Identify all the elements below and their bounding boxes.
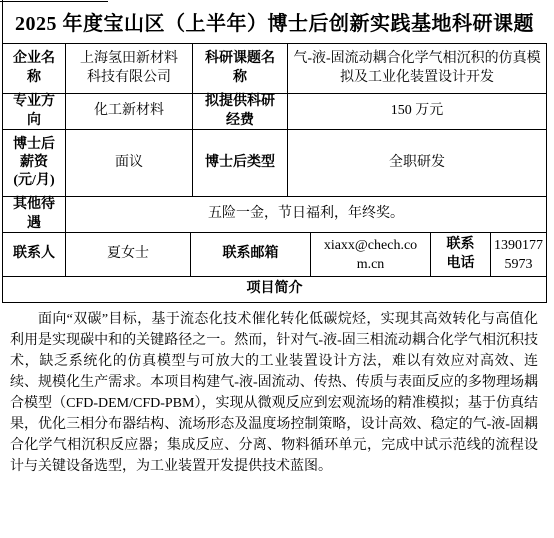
info-table: 企业名称 上海氢田新材料科技有限公司 科研课题名称 气-液-固流动耦合化学气相沉… [2,43,547,303]
document-title: 2025 年度宝山区（上半年）博士后创新实践基地科研课题 [2,0,546,43]
benefits-value: 五险一金，节日福利，年终奖。 [66,197,547,233]
contact-email-label: 联系邮箱 [191,233,311,277]
benefits-label: 其他待遇 [3,197,66,233]
research-topic-label: 科研课题名称 [193,44,288,94]
contact-email-value: xiaxx@chech.com.cn [311,233,431,277]
table-row: 其他待遇 五险一金，节日福利，年终奖。 [3,197,547,233]
table-row: 项目简介 [3,277,547,303]
table-top-border-remnant [0,1,108,2]
company-name-value: 上海氢田新材料科技有限公司 [66,44,193,94]
funding-value: 150 万元 [288,94,547,130]
postdoc-type-label: 博士后类型 [193,130,288,197]
salary-label: 博士后薪资(元/月) [3,130,66,197]
table-row: 企业名称 上海氢田新材料科技有限公司 科研课题名称 气-液-固流动耦合化学气相沉… [3,44,547,94]
contact-phone-label: 联系电话 [431,233,491,277]
postdoc-type-value: 全职研发 [288,130,547,197]
contact-phone-value: 13901775973 [491,233,547,277]
contact-person-label: 联系人 [3,233,66,277]
table-row: 博士后薪资(元/月) 面议 博士后类型 全职研发 [3,130,547,197]
salary-value: 面议 [66,130,193,197]
table-row: 专业方向 化工新材料 拟提供科研经费 150 万元 [3,94,547,130]
document-page: 2025 年度宝山区（上半年）博士后创新实践基地科研课题 企业名称 上海氢田新材… [0,0,554,538]
funding-label: 拟提供科研经费 [193,94,288,130]
research-topic-value: 气-液-固流动耦合化学气相沉积的仿真模拟及工业化装置设计开发 [288,44,547,94]
company-name-label: 企业名称 [3,44,66,94]
project-intro-paragraph: 面向“双碳”目标，基于流态化技术催化转化低碳烷烃，实现其高效转化与高值化利用是实… [2,303,546,477]
table-row: 联系人 夏女士 联系邮箱 xiaxx@chech.com.cn 联系电话 139… [3,233,547,277]
project-intro-header: 项目简介 [3,277,547,303]
major-label: 专业方向 [3,94,66,130]
major-value: 化工新材料 [66,94,193,130]
contact-person-value: 夏女士 [66,233,191,277]
